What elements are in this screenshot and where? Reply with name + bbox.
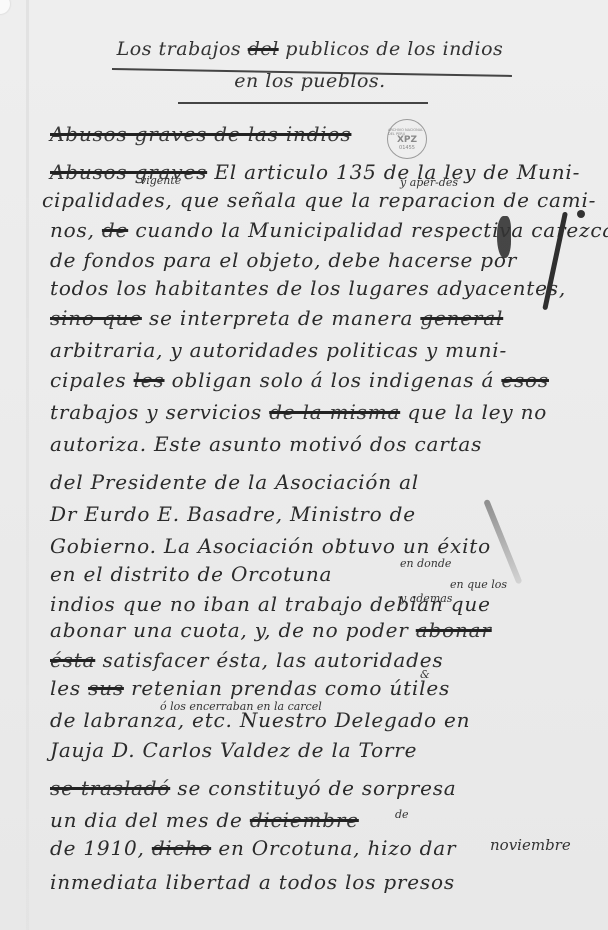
archive-stamp: ARCHIVO NACIONAL DEL PERU XPZ 01455	[387, 119, 427, 159]
line-text: que la ley no	[407, 400, 547, 424]
ink-dot-mark	[577, 210, 585, 218]
line-text: Jauja D. Carlos Valdez de la Torre	[50, 738, 417, 762]
line-text: cuando la Municipalidad respectiva carez…	[135, 218, 608, 242]
manuscript-line: nos, de cuando la Municipalidad respecti…	[50, 218, 608, 242]
insertion-note: de	[395, 808, 409, 821]
line-text: Gobierno. La Asociación obtuvo un éxito	[50, 534, 491, 558]
struck-word: ésta	[50, 648, 95, 672]
line-text: del Presidente de la Asociación al	[50, 470, 419, 494]
manuscript-line: cipalidades, que señala que la reparacio…	[42, 188, 596, 212]
manuscript-line: ésta satisfacer ésta, las autoridades	[50, 648, 443, 672]
line-text: El articulo 135 de la ley de Muni-	[214, 160, 580, 184]
struck-word: dicho	[152, 836, 211, 860]
struck-word: Abusos graves	[50, 160, 207, 184]
line-text: inmediata libertad a todos los presos	[50, 870, 455, 894]
punch-hole	[0, 0, 10, 14]
manuscript-line: cipales les obligan solo á los indigenas…	[50, 368, 549, 392]
line-text: autoriza. Este asunto motivó dos cartas	[50, 432, 482, 456]
paper-fold-mark	[26, 0, 29, 930]
line-text: satisfacer ésta, las autoridades	[102, 648, 443, 672]
document-title-line-2: en los pueblos.	[180, 70, 440, 92]
line-text: todos los habitantes de los lugares adya…	[50, 276, 566, 300]
manuscript-line: Dr Eurdo E. Basadre, Ministro de	[50, 502, 416, 526]
struck-word: del	[248, 38, 279, 60]
line-text: de labranza, etc. Nuestro Delegado en	[50, 708, 470, 732]
struck-word: de la misma	[269, 400, 400, 424]
line-text: Dr Eurdo E. Basadre, Ministro de	[50, 502, 416, 526]
insertion-note: en que los	[450, 578, 507, 591]
line-text: un dia del mes de	[50, 808, 243, 832]
line-text: obligan solo á los indigenas á	[172, 368, 495, 392]
title-text: publicos de los indios	[285, 38, 503, 60]
line-text: en el distrito de Orcotuna	[50, 562, 332, 586]
title-underline-2	[178, 102, 428, 104]
line-text: indios que no iban al trabajo debian que	[50, 592, 491, 616]
line-text: se interpreta de manera	[149, 306, 413, 330]
struck-word: sino que	[50, 306, 142, 330]
line-text: retenian prendas como útiles	[131, 676, 450, 700]
manuscript-line: se trasladó se constituyó de sorpresa	[50, 776, 457, 800]
manuscript-line: Jauja D. Carlos Valdez de la Torre	[50, 738, 417, 762]
manuscript-line: les sus retenian prendas como útiles	[50, 676, 450, 700]
manuscript-page: Los trabajos del publicos de los indios …	[0, 0, 608, 930]
struck-word: esos	[501, 368, 549, 392]
struck-heading: Abusos graves de las indios	[50, 122, 351, 146]
manuscript-line: sino que se interpreta de manera general	[50, 306, 503, 330]
line-text: de 1910,	[50, 836, 145, 860]
struck-word: les	[134, 368, 165, 392]
line-text: cipalidades, que señala que la reparacio…	[42, 188, 596, 212]
manuscript-line: autoriza. Este asunto motivó dos cartas	[50, 432, 482, 456]
manuscript-line: del Presidente de la Asociación al	[50, 470, 419, 494]
line-text: cipales	[50, 368, 126, 392]
struck-word: abonar	[416, 618, 492, 642]
manuscript-line: abonar una cuota, y, de no poder abonar	[50, 618, 492, 642]
stamp-code: XPZ	[397, 136, 417, 145]
line-text: nos,	[50, 218, 95, 242]
ink-blot-mark	[497, 216, 511, 258]
line-text: trabajos y servicios	[50, 400, 262, 424]
line-text: les	[50, 676, 81, 700]
manuscript-line: Abusos graves de las indios	[50, 122, 351, 146]
struck-word: se trasladó	[50, 776, 170, 800]
struck-word: general	[420, 306, 503, 330]
manuscript-line: trabajos y servicios de la misma que la …	[50, 400, 547, 424]
manuscript-line: Abusos graves El articulo 135 de la ley …	[50, 160, 580, 184]
manuscript-line: un dia del mes de diciembre	[50, 808, 359, 832]
insertion-note: vigente	[140, 174, 181, 187]
insertion-note: noviembre	[490, 836, 571, 854]
manuscript-line: de fondos para el objeto, debe hacerse p…	[50, 248, 517, 272]
struck-word: sus	[88, 676, 124, 700]
insertion-note: en donde	[400, 557, 451, 570]
stamp-number: 01455	[399, 145, 415, 151]
manuscript-line: indios que no iban al trabajo debian que	[50, 592, 491, 616]
manuscript-line: arbitraria, y autoridades politicas y mu…	[50, 338, 507, 362]
manuscript-line: de labranza, etc. Nuestro Delegado en	[50, 708, 470, 732]
struck-word: diciembre	[250, 808, 359, 832]
line-text: de fondos para el objeto, debe hacerse p…	[50, 248, 517, 272]
manuscript-line: inmediata libertad a todos los presos	[50, 870, 455, 894]
manuscript-line: Gobierno. La Asociación obtuvo un éxito	[50, 534, 491, 558]
line-text: abonar una cuota, y, de no poder	[50, 618, 409, 642]
line-text: arbitraria, y autoridades politicas y mu…	[50, 338, 507, 362]
line-text: se constituyó de sorpresa	[177, 776, 456, 800]
line-text: en Orcotuna, hizo dar	[218, 836, 456, 860]
manuscript-line: todos los habitantes de los lugares adya…	[50, 276, 566, 300]
manuscript-line: en el distrito de Orcotuna	[50, 562, 332, 586]
title-text: Los trabajos	[117, 38, 241, 60]
struck-word: de	[102, 218, 128, 242]
document-title-line-1: Los trabajos del publicos de los indios	[115, 38, 505, 60]
manuscript-line: de 1910, dicho en Orcotuna, hizo dar	[50, 836, 456, 860]
